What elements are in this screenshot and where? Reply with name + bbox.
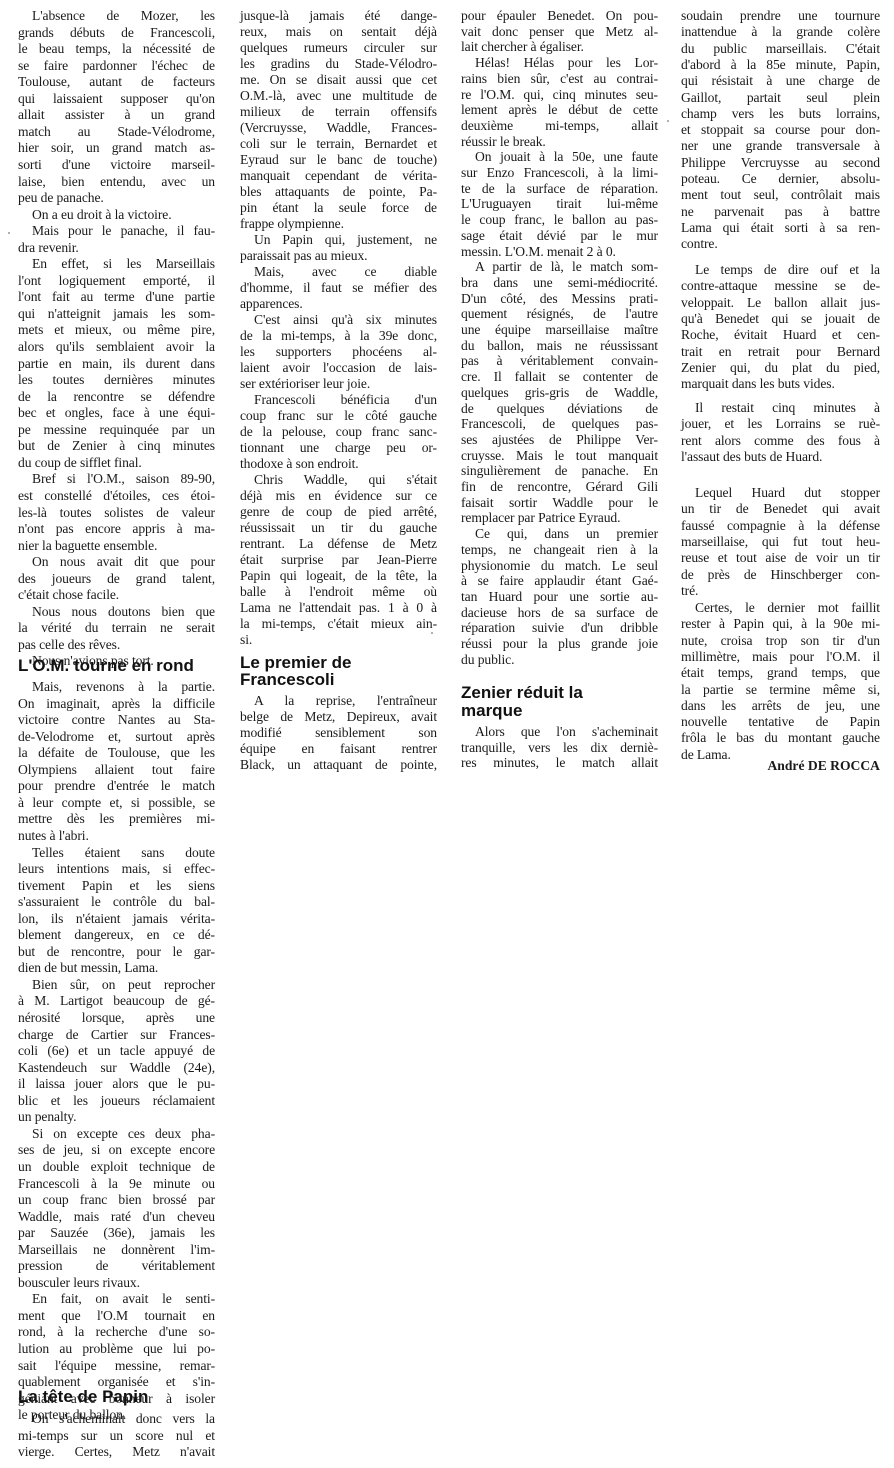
text-line: par Sauzée (36e), jamais les bbox=[18, 1225, 215, 1241]
text-line: la vérité du terrain ne serait bbox=[18, 620, 215, 636]
text-line: Gaillot, partait seul plein bbox=[681, 90, 880, 106]
text-line: un double exploit technique de bbox=[18, 1159, 215, 1175]
text-line: réussissait un tir du gauche bbox=[240, 520, 437, 536]
text-line: laise, bien entendu, avec un bbox=[18, 174, 215, 190]
text-line: leurs intentions mais, si effec- bbox=[18, 861, 215, 877]
text-line: Francescoli à la 9e minute ou bbox=[18, 1176, 215, 1192]
text-line: but de Zenier à cinq minutes bbox=[18, 438, 215, 454]
text-line: apparences. bbox=[240, 296, 437, 312]
text-line: ner une grande transversale à bbox=[681, 138, 880, 154]
text-line: Nous n'avions pas tort. bbox=[18, 653, 215, 669]
text-line: coup franc sur le côté gauche bbox=[240, 408, 437, 424]
text-line: le coup franc, le ballon au pas- bbox=[461, 212, 658, 228]
text-line: un tir de Benedet qui avait bbox=[681, 501, 880, 517]
text-line: On s'acheminait donc vers la bbox=[18, 1411, 215, 1427]
text-line: ser extérioriser leur joie. bbox=[240, 376, 437, 392]
text-line: le beau temps, la nécessité de bbox=[18, 41, 215, 57]
text-line: milieux de terrain offensifs bbox=[240, 104, 437, 120]
text-line: équipe en faisant rentrer bbox=[240, 741, 437, 757]
text-line: Lama qui était sorti à sa ren- bbox=[681, 220, 880, 236]
text-line: nérosité lorsque, après une bbox=[18, 1010, 215, 1026]
print-speck bbox=[431, 632, 433, 634]
text-line: C'est ainsi qu'à six minutes bbox=[240, 312, 437, 328]
text-line: Chris Waddle, qui s'était bbox=[240, 472, 437, 488]
text-line: Certes, le dernier mot faillit bbox=[681, 600, 880, 616]
text-line: victoire contre Nantes au Sta- bbox=[18, 712, 215, 728]
text-line: partie en main, ils durent dans bbox=[18, 356, 215, 372]
text-line: sage était dévié par le mur bbox=[461, 228, 658, 244]
text-line: coli sur le terrain, Bernardet et bbox=[240, 136, 437, 152]
text-line: Alors que l'on s'acheminait bbox=[461, 724, 658, 740]
text-line: pin étant la seule force de bbox=[240, 200, 437, 216]
text-line: était temps, grand temps, que bbox=[681, 665, 880, 681]
text-line: champ vers les buts lorrains, bbox=[681, 106, 880, 122]
text-line: tivement Papin et les siens bbox=[18, 878, 215, 894]
text-line: nier la baguette ensemble. bbox=[18, 538, 215, 554]
text-line: cruysse. Mais le tout manquait bbox=[461, 448, 658, 464]
text-line: res minutes, le match allait bbox=[461, 755, 658, 771]
print-speck bbox=[8, 232, 10, 234]
text-line: un coup franc bien brossé par bbox=[18, 1192, 215, 1208]
text-line: millimètre, mais pour l'O.M. il bbox=[681, 649, 880, 665]
text-line: faisait sortir Waddle pour le bbox=[461, 495, 658, 511]
text-line: Olympiens allaient tout faire bbox=[18, 762, 215, 778]
text-line: une équipe marseillaise maître bbox=[461, 322, 658, 338]
text-line: laient avoir l'occasion de lais- bbox=[240, 360, 437, 376]
text-line: allait assister à un grand bbox=[18, 107, 215, 123]
text-line: était surprise par Jean-Pierre bbox=[240, 552, 437, 568]
text-line: se faire pardonner l'échec de bbox=[18, 58, 215, 74]
text-line: c'était chose facile. bbox=[18, 587, 215, 603]
text-line: messin. L'O.M. menait 2 à 0. bbox=[461, 244, 658, 260]
text-line: sait l'équipe messine, remar- bbox=[18, 1358, 215, 1374]
text-line: poteau. Ce dernier, absolu- bbox=[681, 171, 880, 187]
text-line: dans les arrêts de jeu, une bbox=[681, 698, 880, 714]
text-line: de Lama. bbox=[681, 747, 880, 763]
text-line: te de la surface de réparation. bbox=[461, 181, 658, 197]
text-line: de près de Hinschberger con- bbox=[681, 567, 880, 583]
text-line: qui résistait à une charge de bbox=[681, 73, 880, 89]
text-line: re l'O.M. qui, cinq minutes seu- bbox=[461, 87, 658, 103]
text-line: géniant avec bonheur à isoler bbox=[18, 1391, 215, 1407]
text-line: des joueurs de grand talent, bbox=[18, 571, 215, 587]
text-line: cre. Il fallait se contenter de bbox=[461, 369, 658, 385]
text-line: qui laissaient supposer qu'on bbox=[18, 91, 215, 107]
text-line: Eyraud sur le banc de touche) bbox=[240, 152, 437, 168]
text-line: à se faire applaudir étant Gaé- bbox=[461, 573, 658, 589]
text-line: réussir le break. bbox=[461, 134, 658, 150]
text-line: remplacer par Patrice Eyraud. bbox=[461, 510, 658, 526]
text-line: belge de Metz, Depireux, avait bbox=[240, 709, 437, 725]
text-line: Toulouse, autant de facteurs bbox=[18, 74, 215, 90]
text-line: jouer, et les Lorrains se ruè- bbox=[681, 416, 880, 432]
text-line: Zenier qui, du plat du pied, bbox=[681, 360, 880, 376]
text-line: Si on excepte ces deux pha- bbox=[18, 1126, 215, 1142]
text-line: du public marseillais. C'était bbox=[681, 41, 880, 57]
text-line: vierge. Certes, Metz n'avait bbox=[18, 1444, 215, 1460]
text-line: quelques rumeurs circuler sur bbox=[240, 40, 437, 56]
text-line: ment tout seul, contrôlait mais bbox=[681, 187, 880, 203]
text-line: lution au problème que lui po- bbox=[18, 1341, 215, 1357]
text-line: nute, croisa trop son tir d'un bbox=[681, 633, 880, 649]
text-line: D'un côté, des Messins prati- bbox=[461, 291, 658, 307]
text-line: Telles étaient sans doute bbox=[18, 845, 215, 861]
text-line: dien de but messin, Lama. bbox=[18, 960, 215, 976]
text-line: A la reprise, l'entraîneur bbox=[240, 693, 437, 709]
text-line: fin de rencontre, Gérard Gili bbox=[461, 479, 658, 495]
text-line: il laissa jouer alors que le pu- bbox=[18, 1076, 215, 1092]
text-line: l'ont logiquement emporté, il bbox=[18, 273, 215, 289]
text-line: faussé compagnie à la défense bbox=[681, 518, 880, 534]
text-line: quablement organisée et s'in- bbox=[18, 1374, 215, 1390]
text-line: quement résignés, de l'autre bbox=[461, 306, 658, 322]
text-line: charge de Cartier sur Frances- bbox=[18, 1027, 215, 1043]
text-line: thodoxe à son endroit. bbox=[240, 456, 437, 472]
text-line: Lequel Huard dut stopper bbox=[681, 485, 880, 501]
text-line: l'assaut des buts de Huard. bbox=[681, 449, 880, 465]
text-line: est constellé d'étoiles, ces étoi- bbox=[18, 488, 215, 504]
text-line: reuse et tout aise de voir un tir bbox=[681, 550, 880, 566]
text-line: peu de panache. bbox=[18, 190, 215, 206]
text-line: blic et les joueurs réclamaient bbox=[18, 1093, 215, 1109]
text-line: trait en retrait pour Bernard bbox=[681, 344, 880, 360]
text-line: Roche, évitait Huard et cen- bbox=[681, 327, 880, 343]
text-line: Ce qui, dans un premier bbox=[461, 526, 658, 542]
text-line: marseillaise, qui fut tout heu- bbox=[681, 534, 880, 550]
text-line: à M. Lartigot beaucoup de gé- bbox=[18, 993, 215, 1009]
text-line: Hélas! Hélas pour les Lor- bbox=[461, 55, 658, 71]
text-line: rentrant. La défense de Metz bbox=[240, 536, 437, 552]
text-line: pas à véritablement convain- bbox=[461, 353, 658, 369]
text-line: singulièrement de panache. En bbox=[461, 463, 658, 479]
text-line: Kastendeuch sur Waddle (24e), bbox=[18, 1060, 215, 1076]
text-line: Philippe Vercruysse au second bbox=[681, 155, 880, 171]
text-line: deuxième mi-temps, allait bbox=[461, 118, 658, 134]
text-line: à leur compte et, si possible, se bbox=[18, 795, 215, 811]
text-line: En effet, si les Marseillais bbox=[18, 256, 215, 272]
text-line: pression de véritablement bbox=[18, 1258, 215, 1274]
text-line: qui n'atteignit jamais les som- bbox=[18, 306, 215, 322]
text-line: On nous avait dit que pour bbox=[18, 554, 215, 570]
text-line: de la pelouse, coup franc sanc- bbox=[240, 424, 437, 440]
text-line: d'abord à la 85e minute, Papin, bbox=[681, 57, 880, 73]
text-line: mettre dès les premières mi- bbox=[18, 811, 215, 827]
text-line: tranquille, vers les dix derniè- bbox=[461, 740, 658, 756]
text-line: un penalty. bbox=[18, 1109, 215, 1125]
text-line: Lama ne l'attendait pas. 1 à 0 à bbox=[240, 600, 437, 616]
text-line: de la mi-temps, à la 39e donc, bbox=[240, 328, 437, 344]
text-line: pour prendre d'entrée le match bbox=[18, 778, 215, 794]
text-line: les-là toutes solistes de valeur bbox=[18, 505, 215, 521]
text-line: bra dans une semi-médiocrité. bbox=[461, 275, 658, 291]
text-line: Un Papin qui, justement, ne bbox=[240, 232, 437, 248]
text-line: réparation suivie d'un dribble bbox=[461, 620, 658, 636]
text-line: temps, ne changeait rien à la bbox=[461, 542, 658, 558]
text-line: mi-temps sur un score nul et bbox=[18, 1428, 215, 1444]
text-line: Black, un attaquant de pointe, bbox=[240, 757, 437, 773]
text-line: Bien sûr, on peut reprocher bbox=[18, 977, 215, 993]
text-line: (Vercruysse, Waddle, Frances- bbox=[240, 120, 437, 136]
text-line: En fait, on avait le senti- bbox=[18, 1291, 215, 1307]
text-line: frappe olympienne. bbox=[240, 216, 437, 232]
text-line: Papin qui logeait, de la tête, la bbox=[240, 568, 437, 584]
section-heading: marque bbox=[461, 701, 522, 720]
text-line: Mais, revenons à la partie. bbox=[18, 679, 215, 695]
text-line: la défaite de Toulouse, que les bbox=[18, 745, 215, 761]
text-line: On imaginait, après la difficile bbox=[18, 696, 215, 712]
text-line: modifié sensiblement son bbox=[240, 725, 437, 741]
text-line: du ballon, mais ne réussissant bbox=[461, 338, 658, 354]
text-line: sorti d'une victoire marseil- bbox=[18, 157, 215, 173]
text-line: quelques gris-gris de Waddle, bbox=[461, 385, 658, 401]
text-line: d'homme, il faut se méfier des bbox=[240, 280, 437, 296]
text-line: tré. bbox=[681, 583, 880, 599]
text-line: veloppait. Le ballon allait jus- bbox=[681, 295, 880, 311]
text-line: alors qu'ils semblaient avoir la bbox=[18, 339, 215, 355]
text-line: genre de coup de pied arrêté, bbox=[240, 504, 437, 520]
text-line: du public. bbox=[461, 652, 658, 668]
section-heading: Francescoli bbox=[240, 670, 335, 689]
text-line: grands débuts de Francescoli, bbox=[18, 25, 215, 41]
text-line: mets et mieux, ou même pire, bbox=[18, 322, 215, 338]
text-line: physionomie du match. Le seul bbox=[461, 558, 658, 574]
text-line: jusque-là jamais été dange- bbox=[240, 8, 437, 24]
text-line: Marseillais ne donnèrent l'im- bbox=[18, 1242, 215, 1258]
text-line: la partie se termine même si, bbox=[681, 682, 880, 698]
text-line: Mais pour le panache, il fau- bbox=[18, 223, 215, 239]
text-line: la mi-temps, c'était mieux ain- bbox=[240, 616, 437, 632]
text-line: bec et ongles, face à une équi- bbox=[18, 405, 215, 421]
text-line: A partir de là, le match som- bbox=[461, 259, 658, 275]
print-speck bbox=[667, 120, 669, 122]
text-line: rond, à la recherche d'une so- bbox=[18, 1324, 215, 1340]
text-line: les gradins du Stade-Vélodro- bbox=[240, 56, 437, 72]
text-line: réussi pour la plus grande joie bbox=[461, 636, 658, 652]
text-line: marquait dans les buts vides. bbox=[681, 376, 880, 392]
text-line: ses ajustées de Philippe Ver- bbox=[461, 432, 658, 448]
text-line: de-Velodrome et, surtout après bbox=[18, 729, 215, 745]
text-line: ment que l'O.M tournait en bbox=[18, 1308, 215, 1324]
text-line: rester à Papin qui, à la 90e mi- bbox=[681, 616, 880, 632]
text-line: tionnant une charge peu or- bbox=[240, 440, 437, 456]
text-line: paraissait pas au mieux. bbox=[240, 248, 437, 264]
text-line: n'ont pas encore appris à ma- bbox=[18, 521, 215, 537]
text-line: inattendue à la grande colère bbox=[681, 24, 880, 40]
text-line: dra revenir. bbox=[18, 240, 215, 256]
text-line: lon, ils n'étaient jamais vérita- bbox=[18, 911, 215, 927]
text-line: l'ont fait au terme d'une partie bbox=[18, 289, 215, 305]
text-line: rent alors comme des fous à bbox=[681, 433, 880, 449]
text-line: de la rencontre se défendre bbox=[18, 389, 215, 405]
text-line: Waddle, mais raté d'un cheveu bbox=[18, 1209, 215, 1225]
text-line: O.M.-là, avec une multitude de bbox=[240, 88, 437, 104]
text-line: de quelques déviations de bbox=[461, 401, 658, 417]
text-line: Le temps de dire ouf et la bbox=[681, 262, 880, 278]
text-line: manquait cependant de vérita- bbox=[240, 168, 437, 184]
text-line: Mais, avec ce diable bbox=[240, 264, 437, 280]
text-line: déjà mis en évidence sur ce bbox=[240, 488, 437, 504]
text-line: Il restait cinq minutes à bbox=[681, 400, 880, 416]
text-line: but de rencontre, pour le gar- bbox=[18, 944, 215, 960]
text-line: nutes à l'abri. bbox=[18, 828, 215, 844]
text-line: me. On se disait aussi que cet bbox=[240, 72, 437, 88]
text-line: les toutes dernières minutes bbox=[18, 372, 215, 388]
text-line: Nous nous doutons bien que bbox=[18, 604, 215, 620]
text-line: ses de jeu, si on excepte encore bbox=[18, 1142, 215, 1158]
text-line: s'assuraient le contrôle du bal- bbox=[18, 894, 215, 910]
text-line: les supporters phocéens al- bbox=[240, 344, 437, 360]
text-line: contre-attaque messine se de- bbox=[681, 278, 880, 294]
text-line: pour épauler Benedet. On pou- bbox=[461, 8, 658, 24]
text-line: coli (6e) et un tacle appuyé de bbox=[18, 1043, 215, 1059]
text-line: Francescoli, de quelques pas- bbox=[461, 416, 658, 432]
text-line: blement dangereux, en ce dé- bbox=[18, 927, 215, 943]
text-line: nouvelle tentative de Papin bbox=[681, 714, 880, 730]
text-line: bles attaquants de pointe, Pa- bbox=[240, 184, 437, 200]
text-line: pas celle des rêves. bbox=[18, 637, 215, 653]
text-line: soudain prendre une tournure bbox=[681, 8, 880, 24]
text-line: On a eu droit à la victoire. bbox=[18, 207, 215, 223]
text-line: lait chercher à égaliser. bbox=[461, 39, 658, 55]
text-line: Bref si l'O.M., saison 89-90, bbox=[18, 471, 215, 487]
text-line: si. bbox=[240, 632, 437, 648]
text-line: ne parvenait pas à battre bbox=[681, 204, 880, 220]
section-heading: Zenier réduit la bbox=[461, 683, 583, 702]
text-line: On jouait à la 50e, une faute bbox=[461, 149, 658, 165]
text-line: L'absence de Mozer, les bbox=[18, 8, 215, 24]
text-line: Francescoli bénéficia d'un bbox=[240, 392, 437, 408]
text-line: et stoppait sa course pour don- bbox=[681, 122, 880, 138]
text-line: pe messine requinquée par un bbox=[18, 422, 215, 438]
text-line: sur Enzo Francescoli, à la limi- bbox=[461, 165, 658, 181]
text-line: vait donc penser que Metz al- bbox=[461, 24, 658, 40]
text-line: tan Huard pour une sortie au- bbox=[461, 589, 658, 605]
text-line: L'Uruguayen tirait lui-même bbox=[461, 196, 658, 212]
text-line: match au Stade-Vélodrome, bbox=[18, 124, 215, 140]
text-line: balle à l'endroit même où bbox=[240, 584, 437, 600]
text-line: du coup de sifflet final. bbox=[18, 455, 215, 471]
text-line: qu'à Benedet qui se jouait de bbox=[681, 311, 880, 327]
text-line: bousculer leurs rivaux. bbox=[18, 1275, 215, 1291]
text-line: lement après le début de cette bbox=[461, 102, 658, 118]
text-line: rains bien sûr, c'est au contrai- bbox=[461, 71, 658, 87]
text-line: hier soir, un grand match as- bbox=[18, 140, 215, 156]
text-line: contre. bbox=[681, 236, 880, 252]
text-line: reux, mais on sentait déjà bbox=[240, 24, 437, 40]
text-line: dacieuse hors de sa surface de bbox=[461, 605, 658, 621]
text-line: frôla le bas du montant gauche bbox=[681, 730, 880, 746]
